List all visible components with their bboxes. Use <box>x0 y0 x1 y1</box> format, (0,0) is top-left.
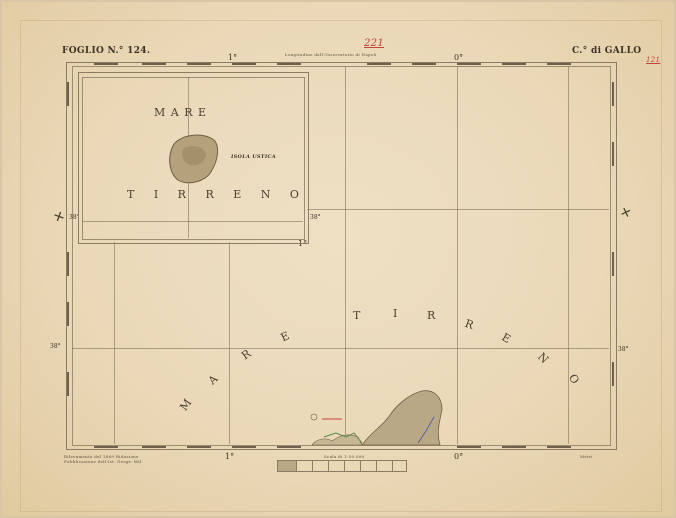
frame-tick <box>142 63 166 65</box>
frame-tick <box>502 63 526 65</box>
scale-legend: Metri <box>580 454 593 459</box>
red-annotation-top: 221 <box>364 38 384 49</box>
frame-tick <box>547 446 571 448</box>
frame-tick <box>612 362 614 386</box>
scale-bar <box>277 460 407 472</box>
parallel-label: 38° <box>50 343 61 350</box>
meridian-label: 0° <box>454 53 463 62</box>
parallel-line <box>72 348 609 349</box>
imprint-line: Pubblicazione dell'Ist. Geogr. Mil. <box>64 459 143 464</box>
ustica-island-icon <box>162 130 222 190</box>
frame-tick <box>502 446 526 448</box>
sheet-title: FOGLIO N.° 124. <box>62 46 150 56</box>
parallel-label: 38° <box>618 346 629 353</box>
inset-parallel <box>82 221 303 222</box>
scale-segment <box>296 461 297 471</box>
inset-sea-label: M A R E <box>154 106 207 119</box>
meridian-line <box>114 242 115 444</box>
frame-tick <box>142 446 166 448</box>
frame-tick <box>412 63 436 65</box>
sheet-location: C.° di GALLO <box>572 46 641 56</box>
sea-letter: T <box>353 309 361 322</box>
scale-segment <box>278 461 296 471</box>
coastline-capo-gallo-icon <box>302 387 472 447</box>
frame-tick <box>67 82 69 106</box>
sea-letter: I <box>393 307 398 320</box>
frame-tick <box>67 372 69 396</box>
frame-tick <box>367 63 391 65</box>
scale-segment <box>344 461 345 471</box>
scale-segment <box>312 461 313 471</box>
meridian-line <box>568 66 569 444</box>
meridian-label: 1° <box>225 452 234 461</box>
meridian-line <box>229 242 230 444</box>
scale-segment <box>360 461 361 471</box>
sea-letter: R <box>427 309 436 322</box>
scale-segment <box>392 461 393 471</box>
frame-tick <box>277 63 301 65</box>
frame-tick <box>187 63 211 65</box>
frame-tick <box>187 446 211 448</box>
frame-tick <box>67 252 69 276</box>
meridian-label: 0° <box>454 452 463 461</box>
scale-title: Scala di 1:50 000 <box>324 454 364 459</box>
frame-tick <box>232 446 256 448</box>
longitude-note: Longitudine dall'Osservatorio di Napoli <box>285 52 377 57</box>
frame-tick <box>457 63 481 65</box>
frame-tick <box>277 446 301 448</box>
frame-tick <box>612 82 614 106</box>
map-sheet: FOGLIO N.° 124. Longitudine dall'Osserva… <box>2 2 674 516</box>
frame-tick <box>612 252 614 276</box>
meridian-label: 1° <box>228 53 237 62</box>
frame-tick <box>612 142 614 166</box>
parallel-label: 38° <box>310 214 321 221</box>
frame-tick <box>94 63 118 65</box>
scale-segment <box>376 461 377 471</box>
red-annotation-right: 121 <box>646 56 660 64</box>
frame-tick <box>232 63 256 65</box>
island-label: ISOLA USTICA <box>231 154 276 160</box>
scale-segment <box>328 461 329 471</box>
frame-tick <box>547 63 571 65</box>
frame-tick <box>94 446 118 448</box>
parallel-line <box>307 209 609 210</box>
frame-tick <box>67 302 69 326</box>
